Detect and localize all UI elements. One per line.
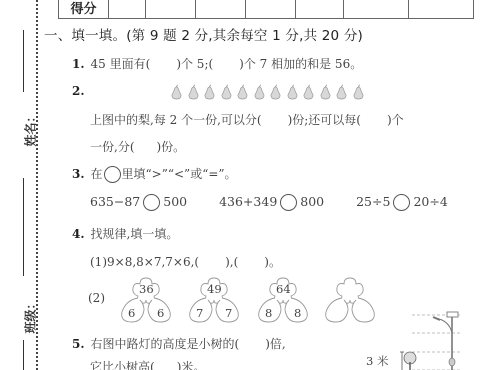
class-write-line[interactable] <box>23 340 24 370</box>
compare-left: 436+349 <box>219 194 277 209</box>
circle-icon <box>104 166 121 183</box>
question-number: 5. <box>72 337 85 351</box>
q2-text: )个 <box>387 113 404 127</box>
question-number: 2. <box>72 84 85 98</box>
q4-text: (1)9×8,8×7,7×6,( <box>90 255 199 269</box>
flower-left-number: 8 <box>265 306 272 320</box>
class-label: 班级： <box>22 297 39 333</box>
question-2-line-2: 一份,分()份。 <box>90 138 185 155</box>
score-cell[interactable] <box>296 0 344 19</box>
question-2-line-1: 上图中的梨,每 2 个一份,可以分()份;还可以每()个 <box>90 111 404 128</box>
q4-text: )。 <box>264 255 281 269</box>
flower-left-number: 7 <box>196 306 203 320</box>
question-4-part-1: (1)9×8,8×7,7×6,(),()。 <box>90 253 281 270</box>
score-cell[interactable] <box>196 0 246 19</box>
comparison-row: 635−87500 436+349800 25÷520÷4 <box>90 194 448 211</box>
question-5-line-2: 它比小树高()米。 <box>90 358 205 370</box>
score-cell[interactable] <box>246 0 296 19</box>
q2-text: 上图中的梨,每 2 个一份,可以分( <box>90 113 262 127</box>
q1-text: )个 5;( <box>176 57 213 71</box>
question-5-line-1: 5.右图中路灯的高度是小树的()倍, <box>72 335 286 352</box>
compare-right: 20÷4 <box>413 194 447 209</box>
flower-right-number: 7 <box>225 306 232 320</box>
pear-icon <box>352 84 365 100</box>
name-label: 姓名： <box>22 110 39 146</box>
question-1: 1.45 里面有()个 5;()个 7 相加的和是 56。 <box>72 55 362 72</box>
question-number: 1. <box>72 57 85 71</box>
pear-icon <box>335 84 348 100</box>
q1-text: 45 里面有( <box>91 57 151 71</box>
q1-text: )个 7 相加的和是 56。 <box>239 57 362 71</box>
question-number: 3. <box>72 167 85 181</box>
flower-right-number: 8 <box>294 306 301 320</box>
q5-text: )米。 <box>177 360 206 370</box>
pear-icon <box>319 84 332 100</box>
score-row-label: 得分 <box>59 0 109 19</box>
q5-text: 它比小树高( <box>90 360 155 370</box>
compare-right: 800 <box>300 194 324 209</box>
flower-left-number: 6 <box>128 306 135 320</box>
pear-icon <box>170 84 183 100</box>
pear-icon <box>253 84 266 100</box>
lamp-tree-figure: 3 米 <box>380 300 495 370</box>
score-cell[interactable] <box>344 0 409 19</box>
q3-text: 在 <box>91 167 103 181</box>
flower-pattern: 6488 <box>255 276 311 324</box>
pear-row <box>170 84 365 100</box>
margin-rule-top <box>23 30 24 92</box>
flower-pattern: 3666 <box>118 276 174 324</box>
question-3: 3.在里填“>”“<”或“=”。 <box>72 165 237 183</box>
pear-icon <box>286 84 299 100</box>
score-cell[interactable] <box>409 0 474 19</box>
question-number: 4. <box>72 227 85 241</box>
pear-icon <box>236 84 249 100</box>
flower-pattern[interactable] <box>322 276 378 324</box>
flower-top-number: 36 <box>139 282 154 296</box>
q2-text: )份。 <box>157 140 186 154</box>
compare-circle[interactable] <box>393 194 410 211</box>
pear-icon <box>187 84 200 100</box>
pear-icon <box>220 84 233 100</box>
score-cell[interactable] <box>146 0 196 19</box>
q5-text: 右图中路灯的高度是小树的( <box>91 337 240 351</box>
q4-text: ),( <box>225 255 238 269</box>
streetlamp-icon <box>380 300 495 370</box>
flower-top-number: 49 <box>207 282 222 296</box>
question-4: 4.找规律,填一填。 <box>72 225 178 242</box>
q3-text: 里填“>”“<”或“=”。 <box>122 167 237 181</box>
section-title: 一、填一填。(第 9 题 2 分,其余每空 1 分,共 20 分) <box>44 24 363 44</box>
compare-circle[interactable] <box>280 194 297 211</box>
q2-text: 一份,分( <box>90 140 135 154</box>
score-cell[interactable] <box>109 0 146 19</box>
tree-height-label: 3 米 <box>366 353 388 369</box>
question-4-part-2-label: (2) <box>88 291 105 305</box>
pear-icon <box>203 84 216 100</box>
compare-circle[interactable] <box>143 194 160 211</box>
q2-text: )份;还可以每( <box>288 113 361 127</box>
question-2-number: 2. <box>72 84 91 98</box>
flower-pattern: 4977 <box>186 276 242 324</box>
q4-text: 找规律,填一填。 <box>91 227 179 241</box>
pear-icon <box>269 84 282 100</box>
q5-text: )倍, <box>265 337 286 351</box>
flower-top-number: 64 <box>276 282 291 296</box>
name-write-line[interactable] <box>23 178 24 276</box>
pear-icon <box>302 84 315 100</box>
compare-left: 25÷5 <box>356 194 390 209</box>
compare-right: 500 <box>163 194 187 209</box>
compare-left: 635−87 <box>90 194 140 209</box>
score-table: 得分 <box>58 0 474 19</box>
flower-right-number: 6 <box>157 306 164 320</box>
